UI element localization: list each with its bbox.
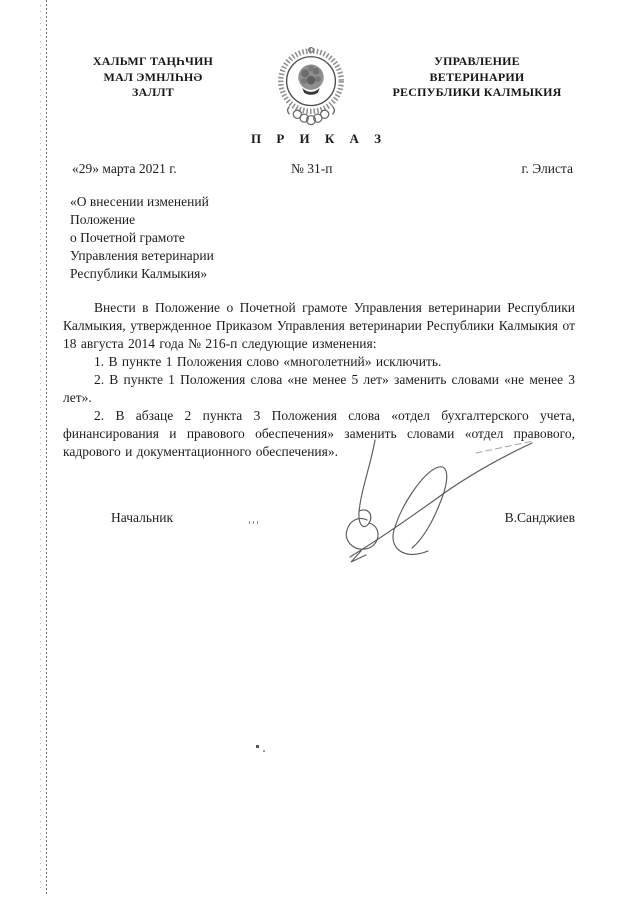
scan-speck xyxy=(256,745,259,748)
order-number: № 31-п xyxy=(291,161,332,177)
org-kalmyk-line1: ХАЛЬМГ ТАҢҺЧИН xyxy=(63,54,243,70)
order-subject: «О внесении изменений Положение о Почетн… xyxy=(63,193,575,283)
org-name-russian: УПРАВЛЕНИЕ ВЕТЕРИНАРИИ РЕСПУБЛИКИ КАЛМЫК… xyxy=(379,54,575,101)
body-item-1: 1. В пункте 1 Положения слово «многолетн… xyxy=(63,353,575,371)
signer-position: Начальник xyxy=(111,510,173,526)
org-ru-line2: ВЕТЕРИНАРИИ xyxy=(379,70,575,86)
emblem-wrap xyxy=(243,45,379,127)
scanned-order-document: ХАЛЬМГ ТАҢҺЧИН МАЛ ЭМНЛҺНӘ ЗАЛЛТ xyxy=(0,0,640,905)
order-city: г. Элиста xyxy=(521,161,573,177)
org-kalmyk-line2: МАЛ ЭМНЛҺНӘ xyxy=(63,70,243,86)
scan-speck-small xyxy=(263,750,265,752)
scan-edge-line xyxy=(46,0,47,894)
letterhead: ХАЛЬМГ ТАҢҺЧИН МАЛ ЭМНЛҺНӘ ЗАЛЛТ xyxy=(63,45,575,127)
kalmykia-coat-of-arms-icon xyxy=(272,45,350,127)
org-kalmyk-line3: ЗАЛЛТ xyxy=(63,85,243,101)
org-ru-line1: УПРАВЛЕНИЕ xyxy=(379,54,575,70)
subject-line4: Управления ветеринарии xyxy=(70,247,575,265)
org-name-kalmyk: ХАЛЬМГ ТАҢҺЧИН МАЛ ЭМНЛҺНӘ ЗАЛЛТ xyxy=(63,54,243,101)
handwritten-signature-icon xyxy=(328,430,540,572)
body-intro: Внести в Положение о Почетной грамоте Уп… xyxy=(63,299,575,353)
order-dateline: «29» марта 2021 г. № 31-п г. Элиста xyxy=(63,161,575,178)
order-date: «29» марта 2021 г. xyxy=(72,161,177,177)
order-title: П Р И К А З xyxy=(63,131,575,147)
subject-line1: «О внесении изменений xyxy=(70,193,575,211)
org-ru-line3: РЕСПУБЛИКИ КАЛМЫКИЯ xyxy=(379,85,575,101)
subject-line5: Республики Калмыкия» xyxy=(70,265,575,283)
subject-line2: Положение xyxy=(70,211,575,229)
subject-line3: о Почетной грамоте xyxy=(70,229,575,247)
scan-edge-line-faint xyxy=(40,5,41,891)
body-item-2: 2. В пункте 1 Положения слова «не менее … xyxy=(63,371,575,407)
scan-dot-artifact xyxy=(249,521,258,524)
